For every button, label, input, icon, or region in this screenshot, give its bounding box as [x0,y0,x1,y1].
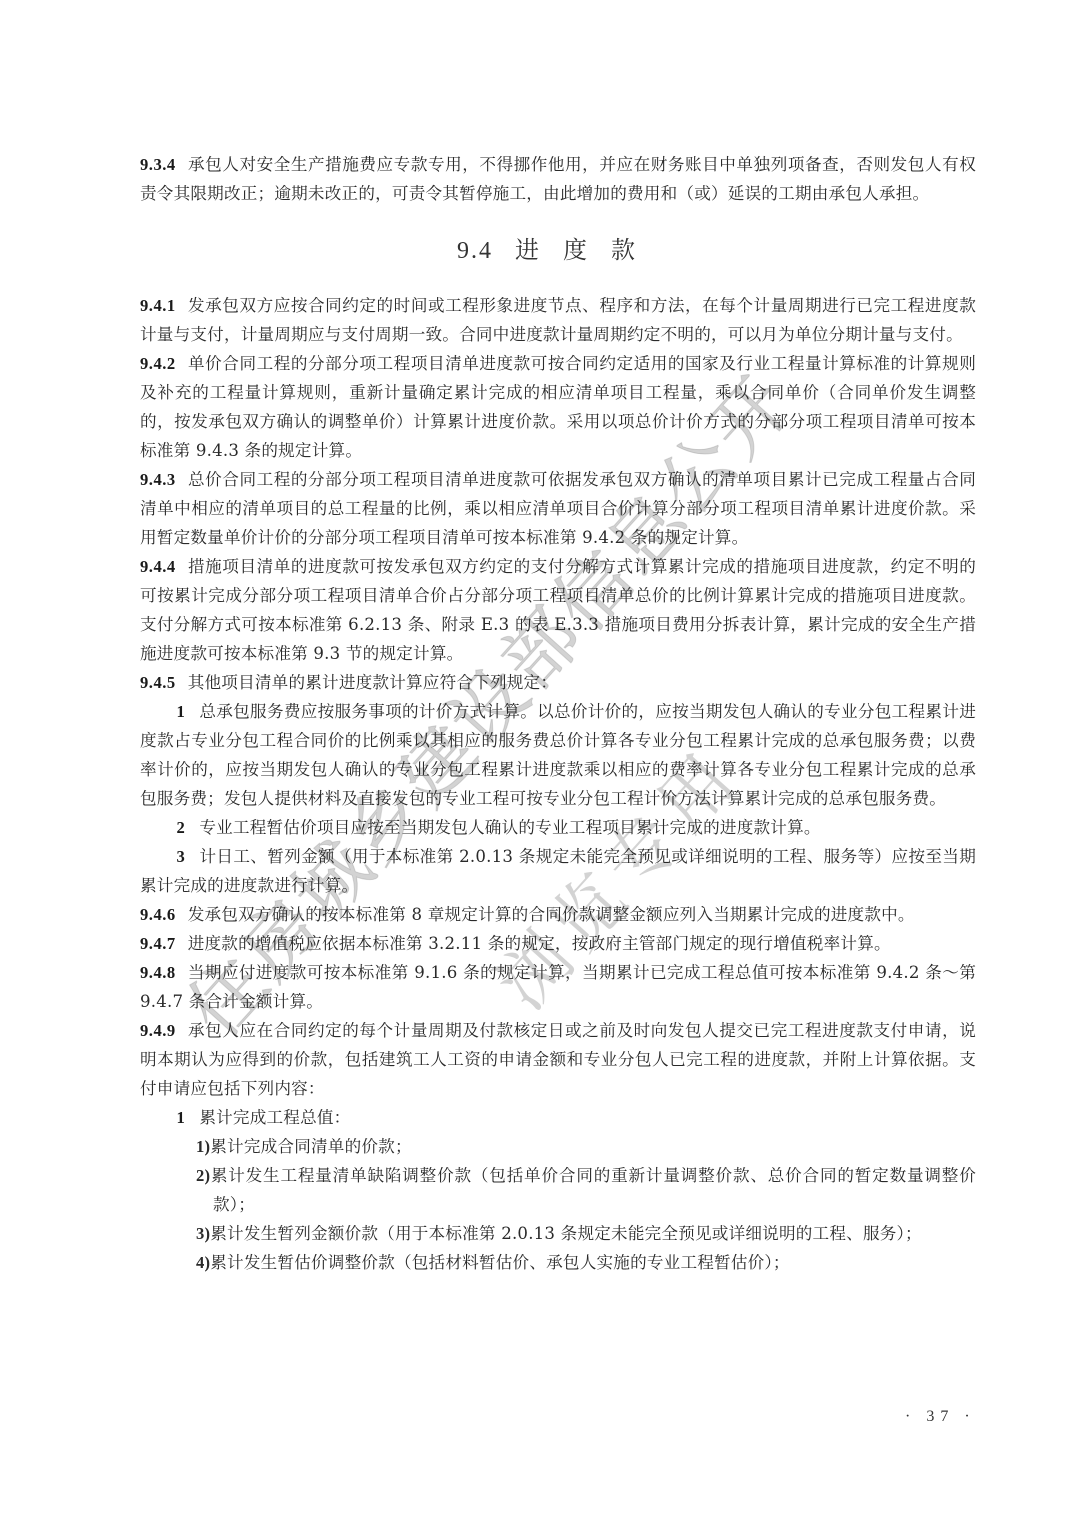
clause-9-4-5-item-3: 3计日工、暂列金额（用于本标准第 2.0.13 条规定未能完全预见或详细说明的工… [140,842,976,900]
item-text: 累计完成工程总值： [199,1108,350,1127]
subitem-number: 4) [196,1253,210,1272]
clause-9-4-2: 9.4.2单价合同工程的分部分项工程项目清单进度款可按合同约定适用的国家及行业工… [140,349,976,465]
clause-text: 进度款的增值税应依据本标准第 3.2.11 条的规定，按政府主管部门规定的现行增… [188,934,891,953]
clause-text: 措施项目清单的进度款可按发承包双方约定的支付分解方式计算累计完成的措施项目进度款… [140,557,976,663]
clause-number: 9.4.2 [140,354,176,373]
clause-text: 发承包双方应按合同约定的时间或工程形象进度节点、程序和方法，在每个计量周期进行已… [140,296,976,344]
item-number: 1 [177,702,186,721]
clause-number: 9.4.7 [140,934,176,953]
subitem-text: 累计完成合同清单的价款； [210,1137,412,1156]
item-number: 1 [177,1108,186,1127]
clause-number: 9.4.3 [140,470,176,489]
clause-9-4-7: 9.4.7进度款的增值税应依据本标准第 3.2.11 条的规定，按政府主管部门规… [140,929,976,958]
clause-text: 其他项目清单的累计进度款计算应符合下列规定： [188,673,557,692]
subitem-number: 3) [196,1224,210,1243]
clause-9-4-1: 9.4.1发承包双方应按合同约定的时间或工程形象进度节点、程序和方法，在每个计量… [140,291,976,349]
item-text: 总承包服务费应按服务事项的计价方式计算。以总价计价的，应按当期发包人确认的专业分… [140,702,976,808]
section-number: 9.4 [457,238,493,264]
clause-number: 9.3.4 [140,155,176,174]
subitem-1: 1)累计完成合同清单的价款； [140,1132,976,1161]
clause-text: 单价合同工程的分部分项工程项目清单进度款可按合同约定适用的国家及行业工程量计算标… [140,354,976,460]
item-text: 专业工程暂估价项目应按至当期发包人确认的专业工程项目累计完成的进度款计算。 [199,818,820,837]
clause-number: 9.4.9 [140,1021,176,1040]
clause-9-4-9-item-1: 1累计完成工程总值： [140,1103,976,1132]
document-page: 9.3.4承包人对安全生产措施费应专款专用，不得挪作他用，并应在财务账目中单独列… [140,150,976,1277]
clause-text: 承包人应在合同约定的每个计量周期及付款核定日或之前及时向发包人提交已完工程进度款… [140,1021,976,1098]
clause-9-4-9: 9.4.9承包人应在合同约定的每个计量周期及付款核定日或之前及时向发包人提交已完… [140,1016,976,1103]
section-heading: 进度款 [515,236,659,264]
subitem-4: 4)累计发生暂估价调整价款（包括材料暂估价、承包人实施的专业工程暂估价）； [140,1248,976,1277]
item-number: 3 [177,847,186,866]
clause-9-4-5-item-2: 2专业工程暂估价项目应按至当期发包人确认的专业工程项目累计完成的进度款计算。 [140,813,976,842]
clause-9-4-8: 9.4.8当期应付进度款可按本标准第 9.1.6 条的规定计算，当期累计已完成工… [140,958,976,1016]
item-number: 2 [177,818,186,837]
clause-number: 9.4.6 [140,905,176,924]
item-text: 计日工、暂列金额（用于本标准第 2.0.13 条规定未能完全预见或详细说明的工程… [140,847,976,895]
clause-number: 9.4.8 [140,963,176,982]
clause-number: 9.4.4 [140,557,176,576]
clause-number: 9.4.1 [140,296,176,315]
clause-9-4-5-item-1: 1总承包服务费应按服务事项的计价方式计算。以总价计价的，应按当期发包人确认的专业… [140,697,976,813]
section-title: 9.4进度款 [140,230,976,265]
clause-text: 总价合同工程的分部分项工程项目清单进度款可依据发承包双方确认的清单项目累计已完成… [140,470,976,547]
subitem-text: 累计发生暂估价调整价款（包括材料暂估价、承包人实施的专业工程暂估价）； [210,1253,789,1272]
subitem-text: 累计发生暂列金额价款（用于本标准第 2.0.13 条规定未能完全预见或详细说明的… [210,1224,922,1243]
subitem-3: 3)累计发生暂列金额价款（用于本标准第 2.0.13 条规定未能完全预见或详细说… [140,1219,976,1248]
clause-text: 当期应付进度款可按本标准第 9.1.6 条的规定计算，当期累计已完成工程总值可按… [140,963,976,1011]
subitem-number: 1) [196,1137,210,1156]
page-number-bullet-left: · [905,1408,916,1425]
page-number-value: 37 [926,1408,954,1425]
clause-text: 承包人对安全生产措施费应专款专用，不得挪作他用，并应在财务账目中单独列项备查，否… [140,155,976,203]
subitem-text: 累计发生工程量清单缺陷调整价款（包括单价合同的重新计量调整价款、总价合同的暂定数… [210,1166,976,1214]
subitem-number: 2) [196,1166,210,1185]
clause-9-4-4: 9.4.4措施项目清单的进度款可按发承包双方约定的支付分解方式计算累计完成的措施… [140,552,976,668]
clause-9-3-4: 9.3.4承包人对安全生产措施费应专款专用，不得挪作他用，并应在财务账目中单独列… [140,150,976,208]
clause-9-4-3: 9.4.3总价合同工程的分部分项工程项目清单进度款可依据发承包双方确认的清单项目… [140,465,976,552]
clause-9-4-5: 9.4.5其他项目清单的累计进度款计算应符合下列规定： [140,668,976,697]
page-number-bullet-right: · [964,1408,975,1425]
clause-9-4-6: 9.4.6发承包双方确认的按本标准第 8 章规定计算的合同价款调整金额应列入当期… [140,900,976,929]
clause-text: 发承包双方确认的按本标准第 8 章规定计算的合同价款调整金额应列入当期累计完成的… [188,905,915,924]
page-number: · 37 · [905,1408,976,1426]
clause-number: 9.4.5 [140,673,176,692]
subitem-2: 2)累计发生工程量清单缺陷调整价款（包括单价合同的重新计量调整价款、总价合同的暂… [140,1161,976,1219]
